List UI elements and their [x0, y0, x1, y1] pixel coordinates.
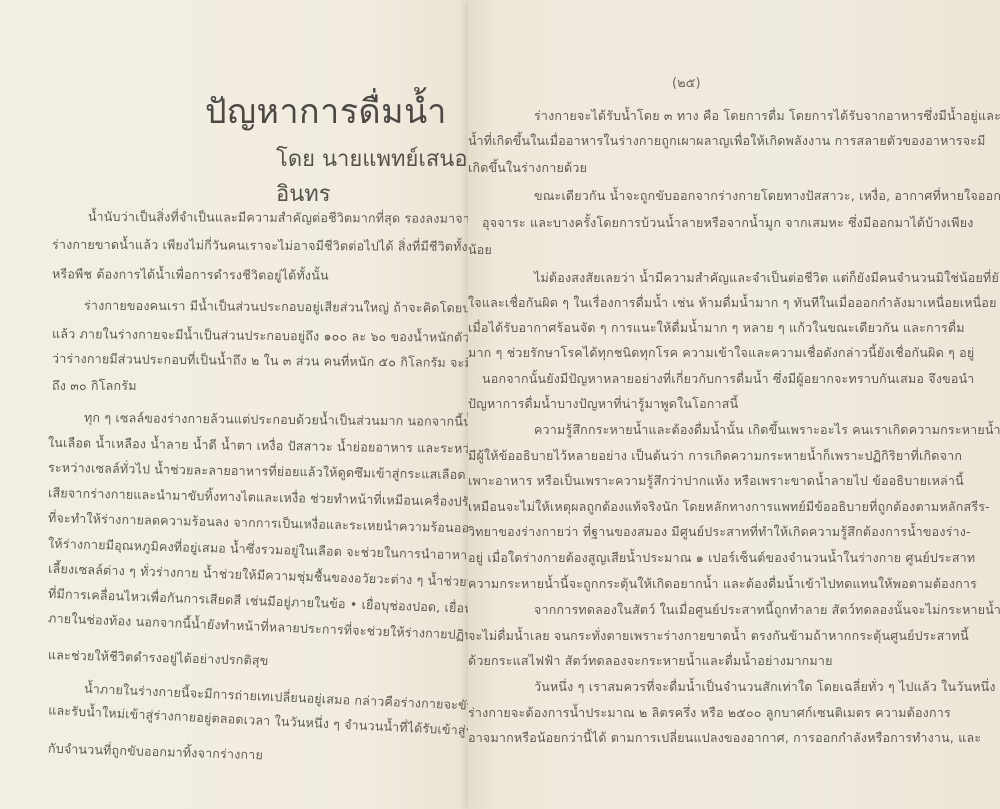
text-line: ไม่ต้องสงสัยเลยว่า น้ำมีความสำคัญและจำเป…	[534, 268, 1000, 288]
text-line: จากการทดลองในสัตว์ ในเมื่อศูนย์ประสาทนี้…	[534, 600, 1000, 620]
text-line: อยู่ เมื่อใดร่างกายต้องสูญเสียน้ำประมาณ …	[468, 548, 975, 568]
text-line: แล้ว ภายในร่างกายจะมีน้ำเป็นส่วนประกอบอย…	[52, 324, 497, 348]
text-line: ร่างกายขาดน้ำแล้ว เพียงไม่กี่วันคนเราจะไ…	[52, 235, 520, 258]
text-line: กับจำนวนที่ถูกขับออกมาทิ้งจากร่างกาย	[48, 739, 264, 766]
text-line: จะไม่ดื่มน้ำเลย จนกระทั่งตายเพราะร่างกาย…	[468, 626, 969, 646]
text-line: ความรู้สึกกระหายน้ำและต้องดื่มน้ำนั้น เก…	[534, 420, 1000, 440]
text-line: ด้วยกระแสไฟฟ้า สัตว์ทดลองจะกระหายน้ำและด…	[468, 651, 833, 671]
text-line: ว่าร่างกายมีส่วนประกอบที่เป็นน้ำถึง ๒ ใน…	[52, 349, 489, 374]
page-number: (๒๕)	[672, 72, 701, 93]
text-line: น้ำนับว่าเป็นสิ่งที่จำเป็นและมีความสำคัญ…	[88, 207, 516, 229]
text-line: หรือพืช ต้องการได้น้ำเพื่อการดำรงชีวิตอย…	[52, 264, 329, 285]
text-line: น้ำที่เกิดขึ้นในเมื่ออาหารในร่างกายถูกเผ…	[468, 131, 986, 151]
text-line: วันหนึ่ง ๆ เราสมควรที่จะดื่มน้ำเป็นจำนวน…	[534, 677, 996, 697]
text-line: เหมือนจะไม่ให้เหตุผลถูกต้องแท้จริงนัก โด…	[468, 497, 990, 517]
right-page: (๒๕) ร่างกายจะได้รับน้ำโดย ๓ ทาง คือ โดย…	[468, 0, 1000, 809]
text-line: ในเลือด น้ำเหลือง น้ำลาย น้ำดี น้ำตา เหง…	[48, 433, 483, 459]
text-line: ขณะเดียวกัน น้ำจะถูกขับออกจากร่างกายโดยท…	[534, 186, 1000, 206]
text-line: อาจมากหรือน้อยกว่านี้ได้ ตามการเปลี่ยนแป…	[468, 728, 981, 748]
text-line: มาก ๆ ช่วยรักษาโรคได้ทุกชนิดทุกโรค ความเ…	[468, 343, 974, 363]
text-line: เมื่อได้รับอากาศร้อนจัด ๆ การแนะให้ดื่มน…	[468, 318, 965, 338]
text-line: ร่างกายของคนเรา มีน้ำเป็นส่วนประกอบอยู่เ…	[84, 296, 484, 319]
text-line: ทุก ๆ เซลล์ของร่างกายล้วนแต่ประกอบด้วยน้…	[84, 408, 493, 432]
text-line: มีผู้ให้ข้ออธิบายไว้หลายอย่าง เป็นต้นว่า…	[468, 446, 962, 466]
text-line: ถึง ๓๐ กิโลกรัม	[52, 376, 137, 396]
text-line: เพาะอาหาร หรือเป็นเพราะความรู้สึกว่าปากแ…	[468, 471, 964, 491]
text-line: น้อย	[468, 240, 492, 260]
text-line: ปัญหาการดื่มน้ำบางปัญหาที่น่ารู้มาพูดในโ…	[468, 394, 738, 414]
text-line: และช่วยให้ชีวิตดำรงอยู่ได้อย่างปรกติสุข	[48, 645, 269, 671]
text-line: เสียจากร่างกายและนำมาขับทิ้งทางไตและเหงื…	[48, 483, 515, 513]
text-line: ร่างกายจะได้รับน้ำโดย ๓ ทาง คือ โดยการดื…	[534, 106, 1000, 126]
left-page: ปัญหาการดื่มน้ำ โดย นายแพทย์เสนอ อินทร น…	[0, 0, 520, 809]
text-line: วิทยาของร่างกายว่า ที่ฐานของสมอง มีศูนย์…	[468, 522, 971, 542]
text-line: ระหว่างเซลล์ทั่วไป น้ำช่วยละลายอาหารที่ย…	[48, 458, 520, 486]
text-line: อุจจาระ และบางครั้งโดยการบ้วนน้ำลายหรือจ…	[482, 213, 974, 233]
text-line: ร่างกายจะต้องการน้ำประมาณ ๒ ลิตรครึ่ง หร…	[468, 703, 951, 723]
text-line: นอกจากนั้นยังมีปัญหาหลายอย่างที่เกี่ยวกั…	[482, 369, 974, 389]
text-line: ความกระหายน้ำนี้จะถูกกระตุ้นให้เกิดอยากน…	[468, 574, 977, 594]
article-title: ปัญหาการดื่มน้ำ	[205, 84, 447, 138]
text-line: ใจและเชื่อกันผิด ๆ ในเรื่องการดื่มน้ำ เช…	[468, 293, 997, 313]
text-line: เกิดขึ้นในร่างกายด้วย	[468, 158, 587, 178]
